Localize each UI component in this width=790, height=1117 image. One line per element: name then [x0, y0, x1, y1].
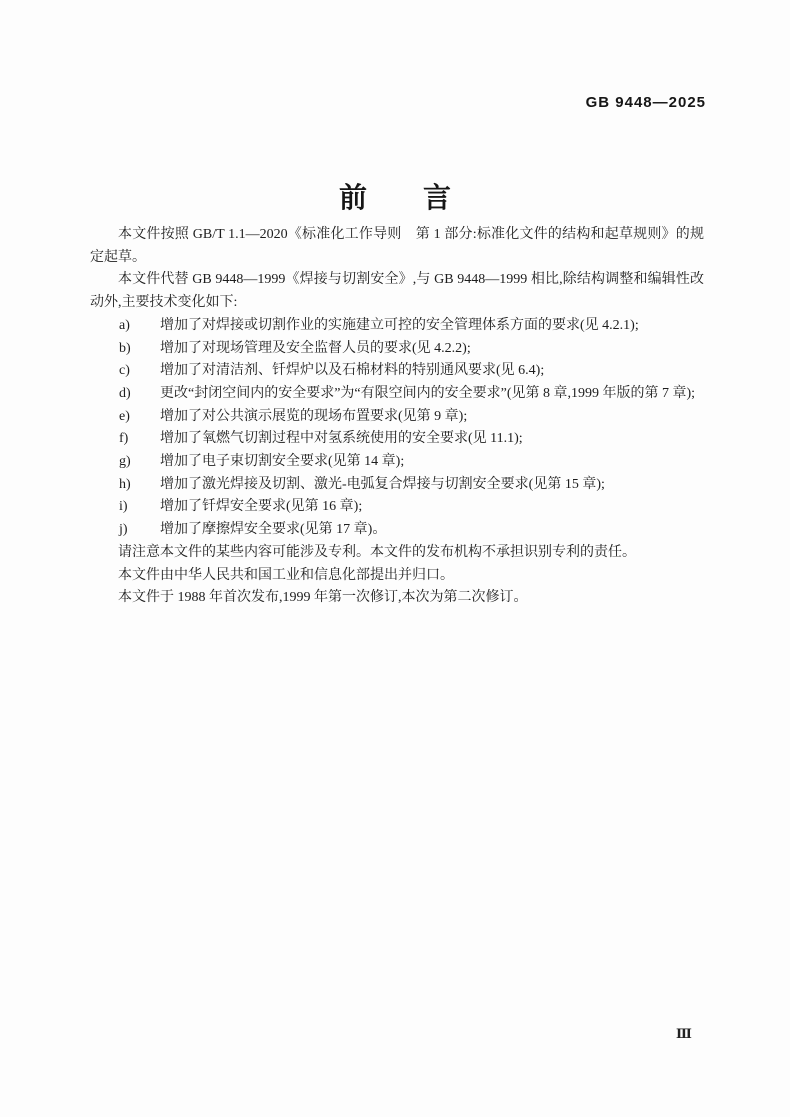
patent-notice-paragraph: 请注意本文件的某些内容可能涉及专利。本文件的发布机构不承担识别专利的责任。 — [90, 542, 704, 565]
list-item: a) 增加了对焊接或切割作业的实施建立可控的安全管理体系方面的要求(见 4.2.… — [90, 315, 704, 338]
list-item: d) 更改“封闭空间内的安全要求”为“有限空间内的安全要求”(见第 8 章,19… — [90, 383, 704, 406]
list-item: b) 增加了对现场管理及安全监督人员的要求(见 4.2.2); — [90, 338, 704, 361]
list-item: g) 增加了电子束切割安全要求(见第 14 章); — [90, 451, 704, 474]
list-item-text: 增加了对清洁剂、钎焊炉以及石棉材料的特别通风要求(见 6.4); — [160, 360, 704, 383]
list-item-marker: b) — [119, 338, 160, 361]
list-item-text: 增加了激光焊接及切割、激光-电弧复合焊接与切割安全要求(见第 15 章); — [160, 474, 704, 497]
list-item-text: 增加了钎焊安全要求(见第 16 章); — [160, 496, 704, 519]
list-item: c) 增加了对清洁剂、钎焊炉以及石棉材料的特别通风要求(见 6.4); — [90, 360, 704, 383]
issuing-body-paragraph: 本文件由中华人民共和国工业和信息化部提出并归口。 — [90, 565, 704, 588]
list-item-marker: a) — [119, 315, 160, 338]
list-item-text: 增加了电子束切割安全要求(见第 14 章); — [160, 451, 704, 474]
list-item-marker: j) — [119, 519, 160, 542]
list-item: f) 增加了氧燃气切割过程中对氢系统使用的安全要求(见 11.1); — [90, 428, 704, 451]
standard-number: GB 9448—2025 — [586, 94, 706, 111]
list-item: i) 增加了钎焊安全要求(见第 16 章); — [90, 496, 704, 519]
list-item-text: 增加了对焊接或切割作业的实施建立可控的安全管理体系方面的要求(见 4.2.1); — [160, 315, 704, 338]
list-item-text: 增加了摩擦焊安全要求(见第 17 章)。 — [160, 519, 704, 542]
intro-paragraph: 本文件按照 GB/T 1.1—2020《标准化工作导则 第 1 部分:标准化文件… — [90, 224, 704, 269]
list-item-text: 更改“封闭空间内的安全要求”为“有限空间内的安全要求”(见第 8 章,1999 … — [160, 383, 704, 406]
list-item: h) 增加了激光焊接及切割、激光-电弧复合焊接与切割安全要求(见第 15 章); — [90, 474, 704, 497]
list-item-marker: c) — [119, 360, 160, 383]
intro-paragraph: 本文件代替 GB 9448—1999《焊接与切割安全》,与 GB 9448—19… — [90, 269, 704, 314]
list-item-text: 增加了对现场管理及安全监督人员的要求(见 4.2.2); — [160, 338, 704, 361]
list-item-marker: f) — [119, 428, 160, 451]
list-item: e) 增加了对公共演示展览的现场布置要求(见第 9 章); — [90, 406, 704, 429]
list-item-text: 增加了氧燃气切割过程中对氢系统使用的安全要求(见 11.1); — [160, 428, 704, 451]
list-item-marker: i) — [119, 496, 160, 519]
list-item-marker: g) — [119, 451, 160, 474]
document-page: GB 9448—2025 前 言 本文件按照 GB/T 1.1—2020《标准化… — [0, 0, 790, 1117]
technical-changes-list: a) 增加了对焊接或切割作业的实施建立可控的安全管理体系方面的要求(见 4.2.… — [90, 315, 704, 542]
list-item-marker: e) — [119, 406, 160, 429]
foreword-body: 本文件按照 GB/T 1.1—2020《标准化工作导则 第 1 部分:标准化文件… — [90, 224, 704, 610]
revision-history-paragraph: 本文件于 1988 年首次发布,1999 年第一次修订,本次为第二次修订。 — [90, 587, 704, 610]
page-number: Ⅲ — [676, 1026, 692, 1042]
list-item: j) 增加了摩擦焊安全要求(见第 17 章)。 — [90, 519, 704, 542]
list-item-marker: d) — [119, 383, 160, 406]
list-item-text: 增加了对公共演示展览的现场布置要求(见第 9 章); — [160, 406, 704, 429]
foreword-title: 前 言 — [0, 176, 790, 216]
list-item-marker: h) — [119, 474, 160, 497]
